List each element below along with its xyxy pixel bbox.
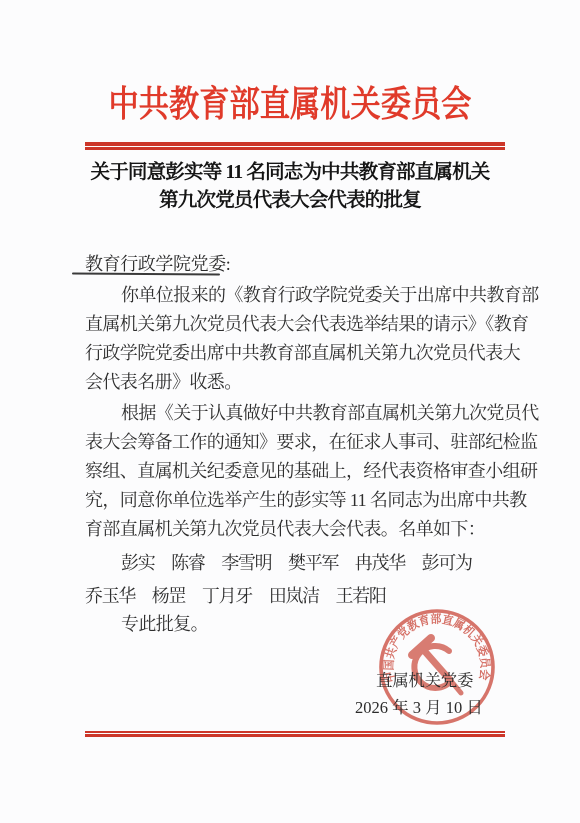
letterhead-divider bbox=[85, 142, 505, 150]
divider-thin-bar bbox=[85, 147, 505, 150]
paragraph-line: 会代表名册》收悉。 bbox=[85, 368, 505, 397]
paragraph-2: 根据《关于认真做好中共教育部直属机关第九次党员代 表大会筹备工作的通知》要求，在… bbox=[85, 399, 505, 544]
paragraph-line: 究，同意你单位选举产生的彭实等 11 名同志为出席中共教 bbox=[85, 486, 505, 515]
paragraph-1: 你单位报来的《教育行政学院党委关于出席中共教育部 直属机关第九次党员代表大会代表… bbox=[85, 281, 505, 397]
paragraph-line: 育部直属机关第九次党员代表大会代表。名单如下： bbox=[85, 515, 505, 544]
paragraph-line: 你单位报来的《教育行政学院党委关于出席中共教育部 bbox=[85, 281, 505, 310]
paragraph-line: 行政学院党委出席中共教育部直属机关第九次党员代表大 bbox=[85, 339, 505, 368]
paragraph-line: 根据《关于认真做好中共教育部直属机关第九次党员代 bbox=[85, 399, 505, 428]
letterhead-org-name: 中共教育部直属机关委员会 bbox=[46, 82, 533, 126]
signature-org: 直属机关党委 bbox=[376, 667, 473, 691]
document-page: 中共教育部直属机关委员会 关于同意彭实等 11 名同志为中共教育部直属机关 第九… bbox=[0, 0, 580, 823]
name-list-row: 彭实 陈睿 李雪明 樊平军 冉茂华 彭可为 bbox=[85, 547, 505, 580]
paragraph-line: 表大会筹备工作的通知》要求，在征求人事司、驻部纪检监 bbox=[85, 428, 505, 457]
document-title-line1: 关于同意彭实等 11 名同志为中共教育部直属机关 bbox=[40, 159, 540, 187]
document-title-line2: 第九次党员代表大会代表的批复 bbox=[40, 187, 540, 215]
document-title: 关于同意彭实等 11 名同志为中共教育部直属机关 第九次党员代表大会代表的批复 bbox=[40, 159, 540, 215]
paragraph-line: 察组、直属机关纪委意见的基础上，经代表资格审查小组研 bbox=[85, 457, 505, 486]
paragraph-line: 直属机关第九次党员代表大会代表选举结果的请示》《教育 bbox=[85, 310, 505, 339]
signature-date: 2026 年 3 月 10 日 bbox=[355, 694, 483, 718]
